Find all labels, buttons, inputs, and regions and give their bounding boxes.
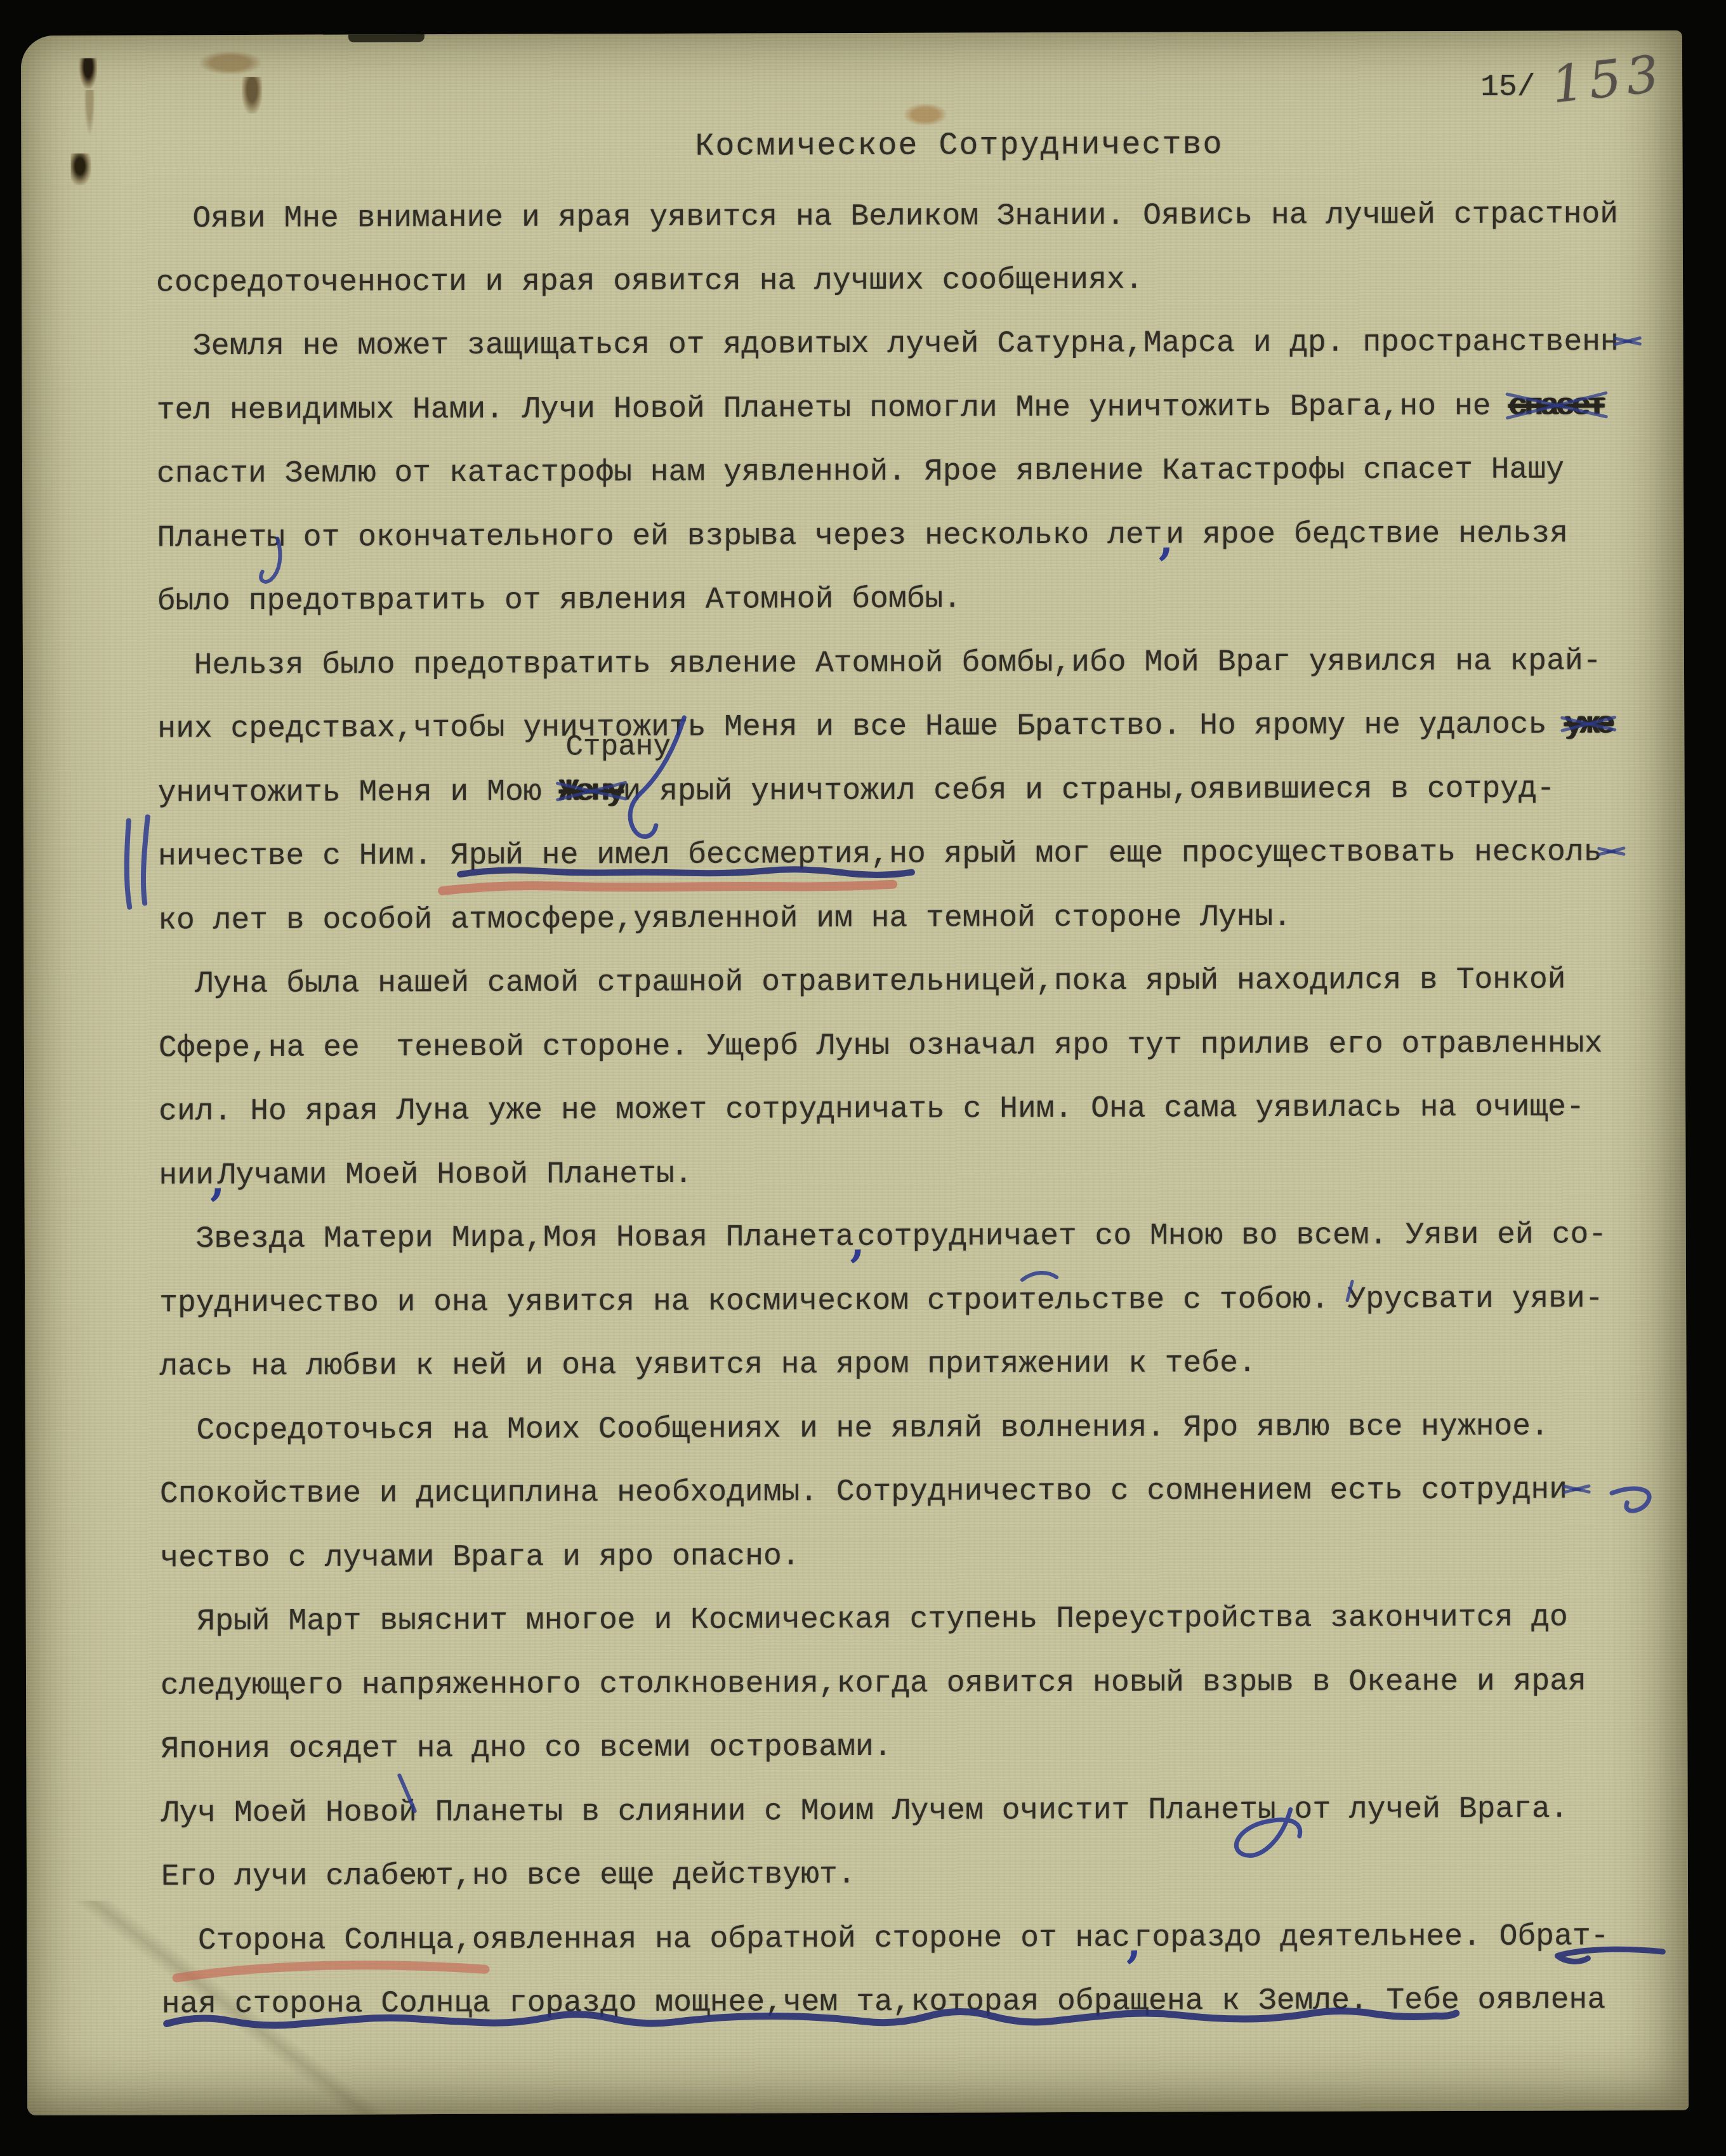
document-paper: 15/ 153 Космическое Сотрудничество Стран… — [21, 30, 1689, 2115]
document-line: них средствах,чтобы уничтожить Меня и вс… — [157, 693, 1638, 761]
document-line: Спокойствие и дисциплина необходимы. Сот… — [160, 1458, 1640, 1527]
document-line: Ояви Мне внимание и ярая уявится на Вели… — [156, 183, 1637, 251]
document-line: Звезда Матери Мира,Моя Новая Планета,сот… — [159, 1203, 1640, 1272]
text-segment: Лучами Моей Новой Планеты. — [218, 1157, 693, 1192]
document-line: Его лучи слабеют,но все еще действуют. — [161, 1841, 1642, 1909]
text-segment: Ояви Мне внимание и ярая уявится на Вели… — [156, 197, 1619, 236]
text-segment: них средствах,чтобы уничтожить Меня и вс… — [157, 707, 1565, 746]
text-segment: Сторона Солнца,оявленная на обратной сто… — [161, 1921, 1130, 1958]
text-segment: Нельзя было предотвратить явление Атомно… — [157, 644, 1602, 683]
struck-word: Жену — [560, 760, 623, 824]
margin-mark-icon — [126, 821, 129, 907]
handwritten-comma: , — [1126, 1917, 1142, 1968]
document-line: тел невидимых Нами. Лучи Новой Планеты п… — [157, 374, 1637, 443]
document-line: следующего напряженного столкновения,ког… — [161, 1650, 1641, 1718]
paper-stain — [70, 154, 91, 185]
text-segment: и ярый уничтожил себя и страны,оявившиес… — [623, 772, 1555, 809]
document-line: трудничество и она уявится на космическо… — [159, 1267, 1640, 1336]
document-line: ная сторона Солнца гораздо мощнее,чем та… — [161, 1968, 1642, 2037]
document-line: сил. Но ярая Луна уже не может сотруднич… — [159, 1075, 1639, 1144]
page-number-handwritten: 153 — [1549, 44, 1667, 114]
document-line: Земля не может защищаться от ядовитых лу… — [156, 310, 1637, 379]
text-segment: и ярое бедствие нельзя — [1166, 516, 1568, 552]
text-segment: Япония осядет на дно со всеми островами. — [161, 1730, 892, 1767]
text-segment: уничтожить Меня и Мою — [158, 775, 560, 810]
struck-word: - — [1567, 1458, 1586, 1522]
text-segment: нии — [159, 1159, 214, 1193]
document-line: Ярый Март выяснит многое и Космическая с… — [161, 1586, 1641, 1654]
document-line: спасти Землю от катастрофы нам уявленной… — [157, 438, 1637, 506]
text-segment: спасти Землю от катастрофы нам уявленной… — [157, 452, 1564, 491]
document-line: Сфере,на ее теневой стороне. Ущерб Луны … — [159, 1012, 1639, 1081]
page-number-typed: 15/ — [1480, 70, 1536, 105]
text-segment: трудничество и она уявится на космическо… — [159, 1282, 1604, 1320]
document-line: Нельзя было предотвратить явление Атомно… — [157, 629, 1638, 698]
text-segment: ничестве с Ним. Ярый не имел бессмертия,… — [158, 835, 1602, 874]
text-segment: Планеты от окончательного ей взрыва чере… — [157, 518, 1162, 555]
document-line: Сторона Солнца,оявленная на обратной сто… — [161, 1905, 1642, 1973]
text-segment: Ярый Март выяснит многое и Космическая с… — [161, 1600, 1568, 1639]
text-segment: сил. Но ярая Луна уже не может сотруднич… — [159, 1090, 1584, 1129]
document-line: было предотвратить от явления Атомной бо… — [157, 565, 1638, 634]
struck-word: - — [1619, 310, 1637, 374]
text-segment: лась на любви к ней и она уявится на яро… — [159, 1346, 1256, 1384]
scan-background: 15/ 153 Космическое Сотрудничество Стран… — [0, 0, 1726, 2156]
document-line: чество с лучами Врага и яро опасно. — [160, 1522, 1640, 1591]
paper-stain — [79, 58, 97, 89]
text-segment: Сфере,на ее теневой стороне. Ущерб Луны … — [159, 1027, 1603, 1065]
handwritten-comma: , — [1159, 514, 1174, 565]
text-segment: ная сторона Солнца гораздо мощнее,чем та… — [162, 1983, 1606, 2021]
text-segment: тел невидимых Нами. Лучи Новой Планеты п… — [157, 389, 1510, 428]
struck-word: спасет — [1509, 374, 1604, 438]
handwritten-comma: , — [850, 1216, 865, 1267]
document-line: уничтожить Меня и Мою Женуи ярый уничтож… — [157, 757, 1638, 825]
text-segment: сотрудничает со Мною во всем. Уяви ей со… — [857, 1218, 1607, 1254]
text-segment: Звезда Матери Мира,Моя Новая Планета — [159, 1220, 854, 1256]
document-line: лась на любви к ней и она уявится на яро… — [159, 1331, 1640, 1399]
paper-stain — [348, 34, 425, 42]
document-line: сосредоточенности и ярая оявится на лучш… — [156, 247, 1637, 315]
document-title: Космическое Сотрудничество — [695, 127, 1223, 165]
text-segment: ко лет в особой атмосфере,уявленной им н… — [158, 900, 1291, 938]
paper-stain — [904, 104, 946, 126]
text-segment: Его лучи слабеют,но все еще действуют. — [161, 1858, 856, 1894]
text-segment: чество с лучами Врага и яро опасно. — [160, 1539, 800, 1575]
document-line: ко лет в особой атмосфере,уявленной им н… — [158, 884, 1638, 953]
document-line: ничестве с Ним. Ярый не имел бессмертия,… — [158, 820, 1638, 889]
margin-mark-icon — [143, 817, 148, 903]
text-segment: Сосредоточься на Моих Сообщениях и не яв… — [160, 1409, 1549, 1448]
text-segment: сосредоточенности и ярая оявится на лучш… — [156, 263, 1143, 300]
text-segment: было предотвратить от явления Атомной бо… — [157, 582, 962, 619]
document-line: нии,Лучами Моей Новой Планеты. — [159, 1140, 1639, 1208]
paper-stain — [84, 90, 95, 135]
text-segment: следующего напряженного столкновения,ког… — [161, 1664, 1586, 1703]
struck-word: уже — [1565, 693, 1612, 757]
text-segment: Луна была нашей самой страшной отравител… — [158, 963, 1565, 1001]
text-segment: гораздо деятельнее. Обрат- — [1134, 1919, 1609, 1955]
text-segment: Спокойствие и дисциплина необходимы. Сот… — [160, 1473, 1567, 1511]
document-line: Планеты от окончательного ей взрыва чере… — [157, 502, 1637, 570]
paper-stain — [200, 51, 261, 74]
struck-word: - — [1602, 820, 1620, 884]
document-line: Сосредоточься на Моих Сообщениях и не яв… — [160, 1395, 1640, 1463]
document-body: Ояви Мне внимание и ярая уявится на Вели… — [156, 183, 1642, 2037]
document-line: Япония осядет на дно со всеми островами. — [161, 1713, 1641, 1782]
handwritten-comma: , — [210, 1155, 225, 1206]
text-segment: Луч Моей Новой Планеты в слиянии с Моим … — [161, 1792, 1569, 1831]
document-line: Луч Моей Новой Планеты в слиянии с Моим … — [161, 1777, 1642, 1846]
paper-stain — [242, 77, 262, 114]
document-line: Луна была нашей самой страшной отравител… — [158, 948, 1638, 1016]
text-segment: Земля не может защищаться от ядовитых лу… — [156, 325, 1619, 364]
